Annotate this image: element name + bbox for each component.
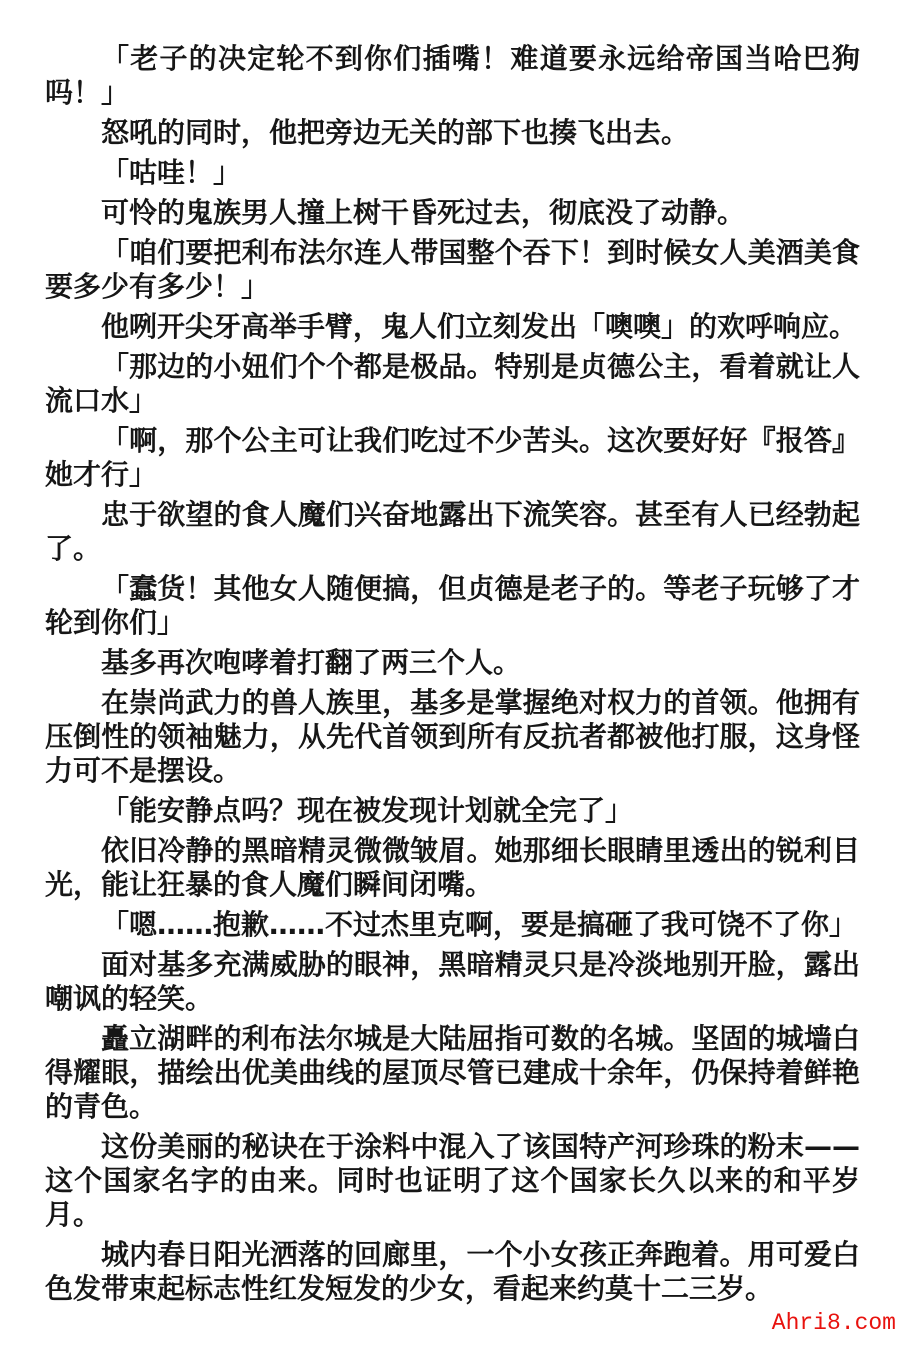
novel-page: 「老子的决定轮不到你们插嘴！难道要永远给帝国当哈巴狗吗！」 怒吼的同时，他把旁边… xyxy=(0,0,900,1348)
paragraph: 「咱们要把利布法尔连人带国整个吞下！到时候女人美酒美食要多少有多少！」 xyxy=(45,236,860,304)
paragraph: 可怜的鬼族男人撞上树干昏死过去，彻底没了动静。 xyxy=(45,196,860,230)
paragraph: 「蠢货！其他女人随便搞，但贞德是老子的。等老子玩够了才轮到你们」 xyxy=(45,572,860,640)
paragraph: 怒吼的同时，他把旁边无关的部下也揍飞出去。 xyxy=(45,116,860,150)
paragraph: 「啊，那个公主可让我们吃过不少苦头。这次要好好『报答』她才行」 xyxy=(45,424,860,492)
paragraph: 依旧冷静的黑暗精灵微微皱眉。她那细长眼睛里透出的锐利目光，能让狂暴的食人魔们瞬间… xyxy=(45,834,860,902)
paragraph: 「老子的决定轮不到你们插嘴！难道要永远给帝国当哈巴狗吗！」 xyxy=(45,42,860,110)
paragraph: 「嗯……抱歉……不过杰里克啊，要是搞砸了我可饶不了你」 xyxy=(45,908,860,942)
paragraph: 忠于欲望的食人魔们兴奋地露出下流笑容。甚至有人已经勃起了。 xyxy=(45,498,860,566)
paragraph: 他咧开尖牙高举手臂，鬼人们立刻发出「噢噢」的欢呼响应。 xyxy=(45,310,860,344)
paragraph: 「咕哇！」 xyxy=(45,156,860,190)
paragraph: 「那边的小妞们个个都是极品。特别是贞德公主，看着就让人流口水」 xyxy=(45,350,860,418)
paragraph: 在崇尚武力的兽人族里，基多是掌握绝对权力的首领。他拥有压倒性的领袖魅力，从先代首… xyxy=(45,686,860,788)
paragraph: 「能安静点吗？现在被发现计划就全完了」 xyxy=(45,794,860,828)
paragraph: 城内春日阳光洒落的回廊里，一个小女孩正奔跑着。用可爱白色发带束起标志性红发短发的… xyxy=(45,1238,860,1306)
paragraph: 这份美丽的秘诀在于涂料中混入了该国特产河珍珠的粉末——这个国家名字的由来。同时也… xyxy=(45,1130,860,1232)
paragraph: 面对基多充满威胁的眼神，黑暗精灵只是冷淡地别开脸，露出嘲讽的轻笑。 xyxy=(45,948,860,1016)
paragraph: 基多再次咆哮着打翻了两三个人。 xyxy=(45,646,860,680)
paragraph: 矗立湖畔的利布法尔城是大陆屈指可数的名城。坚固的城墙白得耀眼，描绘出优美曲线的屋… xyxy=(45,1022,860,1124)
site-watermark: Ahri8.com xyxy=(772,1310,896,1336)
